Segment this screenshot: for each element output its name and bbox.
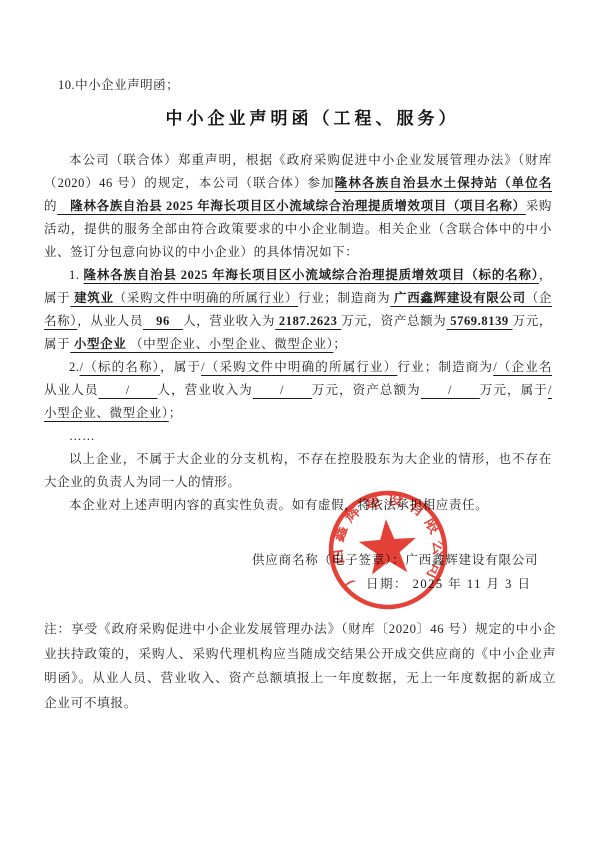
- body-text: 从业人员: [44, 383, 98, 397]
- body-text: 活动，提供的服务全部由符合政策要求的中小企业制造。相关企业（含联合体中的中小企: [44, 222, 552, 241]
- form-field-value: /（标的名称）: [80, 360, 161, 374]
- body-text: 大企业的负责人为同一人的情形。: [44, 475, 241, 489]
- body-text: 明函》。从业人员、营业收入、资产总额填报上一年度数据，无上一年度数据的新成立: [44, 671, 556, 685]
- document-title: 中小企业声明函（工程、服务）: [0, 104, 595, 129]
- body-text: 万元，属于: [480, 383, 548, 397]
- body-text: 万元，资产总额为: [312, 383, 421, 397]
- body-text: 行业；制造商为: [397, 360, 493, 374]
- text-line: 属于 小型企业 （中型企业、小型企业、微型企业）；: [44, 333, 552, 356]
- text-line: 1. 隆林各族自治县 2025 年海长项目区小流域综合治理提质增效项目（标的名称…: [44, 264, 552, 287]
- body-text: ；: [169, 406, 182, 420]
- text-line: 活动，提供的服务全部由符合政策要求的中小企业制造。相关企业（含联合体中的中小企: [44, 218, 552, 241]
- form-field-value: 广西鑫辉建设有限公司: [390, 291, 526, 305]
- supplier-name-line: 供应商名称（电子签章）：广西鑫辉建设有限公司: [252, 550, 538, 568]
- form-field-value: /: [421, 383, 480, 397]
- body-text: 业、签订分包意向协议的中小企业）的具体情况如下：: [44, 245, 358, 259]
- body-text: ……: [69, 429, 95, 443]
- text-line: 以上企业，不属于大企业的分支机构，不存在控股股东为大企业的情形，也不存在与: [44, 448, 552, 471]
- form-field-value: 96: [143, 314, 183, 328]
- body-text: 采购: [526, 199, 552, 213]
- body-text: （2020）46 号）的规定，本公司（联合体）参加: [44, 176, 335, 190]
- text-line: 注：享受《政府采购促进中小企业发展管理办法》（财库〔2020〕46 号）规定的中…: [44, 617, 556, 642]
- form-field-value: 隆林各族自治县 2025 年海长项目区小流域综合治理提质增效项目（标的名称）: [84, 268, 539, 282]
- body-text: 人，营业收入为: [183, 314, 275, 328]
- body-text: 以上企业，不属于大企业的分支机构，不存在控股股东为大企业的情形，也不存在与: [44, 452, 552, 471]
- text-line: ……: [44, 425, 552, 448]
- body-text: 的: [44, 199, 57, 213]
- body-text: 万元，资产总额为: [341, 314, 446, 328]
- form-field-value: 名称）: [44, 314, 77, 328]
- text-line: 本公司（联合体）郑重声明，根据《政府采购促进中小企业发展管理办法》（财库: [44, 149, 552, 172]
- body-text: 业扶持政策的，采购人、采购代理机构应当随成交结果公开成交供应商的《中小企业声: [44, 647, 556, 661]
- text-line: 名称），从业人员 96 人，营业收入为 2187.2623 万元，资产总额为 5…: [44, 310, 552, 333]
- form-field-value: 隆林各族自治县 2025 年海长项目区小流域综合治理提质增效项目（项目名称）: [57, 199, 526, 213]
- text-line: 大企业的负责人为同一人的情形。: [44, 471, 552, 494]
- body-text: 本企业对上述声明内容的真实性负责。如有虚假，将依法承担相应责任。: [69, 498, 488, 512]
- text-line: 业、签订分包意向协议的中小企业）的具体情况如下：: [44, 241, 552, 264]
- text-line: 属于 建筑业（采购文件中明确的所属行业）行业；制造商为 广西鑫辉建设有限公司（企…: [44, 287, 552, 310]
- declaration-document-page: 10.中小企业声明函； 中小企业声明函（工程、服务） 本公司（联合体）郑重声明，…: [0, 0, 595, 841]
- body-text: 2.: [69, 360, 80, 374]
- body-text: ，: [539, 268, 552, 282]
- form-field-value: /（采购文件中明确的所属行业）: [201, 360, 397, 374]
- text-line: （2020）46 号）的规定，本公司（联合体）参加隆林各族自治县水土保持站（单位…: [44, 172, 552, 195]
- body-text: 属于: [44, 337, 70, 351]
- form-field-value: 2187.2623: [275, 314, 341, 328]
- form-field-value: 建筑业: [70, 291, 113, 305]
- body-text: 人，营业收入为: [158, 383, 253, 397]
- form-field-value: /: [98, 383, 157, 397]
- text-line: 企业可不填报。: [44, 691, 556, 716]
- form-field-value: /: [253, 383, 312, 397]
- signature-date-line: 日期： 2025 年 11 月 3 日: [366, 574, 532, 592]
- body-text: 万元，: [513, 314, 552, 328]
- text-line: 的 隆林各族自治县 2025 年海长项目区小流域综合治理提质增效项目（项目名称）…: [44, 195, 552, 218]
- body-text: 企业可不填报。: [44, 696, 137, 710]
- body-text: 本公司（联合体）郑重声明，根据《政府采购促进中小企业发展管理办法》（财库: [69, 153, 552, 167]
- body-text: ，属于: [160, 360, 201, 374]
- section-label: 10.中小企业声明函；: [58, 75, 179, 93]
- text-line: 从业人员 / 人，营业收入为 / 万元，资产总额为 / 万元，属于/（中型企业、: [44, 379, 552, 402]
- body-paragraphs: 本公司（联合体）郑重声明，根据《政府采购促进中小企业发展管理办法》（财库（202…: [44, 149, 552, 517]
- text-line: 小型企业、微型企业）；: [44, 402, 552, 425]
- form-field-value: （采购文件中明确的所属行业）: [114, 291, 298, 305]
- form-field-value: 小型企业: [70, 337, 130, 351]
- text-line: 本企业对上述声明内容的真实性负责。如有虚假，将依法承担相应责任。: [44, 494, 552, 517]
- body-text: 注：享受《政府采购促进中小企业发展管理办法》（财库〔2020〕46 号）规定的中…: [44, 622, 556, 636]
- text-line: 业扶持政策的，采购人、采购代理机构应当随成交结果公开成交供应商的《中小企业声: [44, 642, 556, 667]
- body-text: 1.: [69, 268, 84, 282]
- text-line: 明函》。从业人员、营业收入、资产总额填报上一年度数据，无上一年度数据的新成立: [44, 666, 556, 691]
- body-text: ，从业人员: [77, 314, 143, 328]
- form-field-value: 小型企业、微型企业）: [44, 406, 169, 420]
- text-line: 2./（标的名称），属于/（采购文件中明确的所属行业）行业；制造商为/（企业名称…: [44, 356, 552, 379]
- form-field-value: 5769.8139: [446, 314, 512, 328]
- body-text: ；: [333, 337, 346, 351]
- form-field-value: （中型企业、小型企业、微型企业）: [130, 337, 333, 351]
- note-block: 注：享受《政府采购促进中小企业发展管理办法》（财库〔2020〕46 号）规定的中…: [44, 617, 556, 715]
- body-text: 属于: [44, 291, 70, 305]
- body-text: 行业；制造商为: [298, 291, 390, 305]
